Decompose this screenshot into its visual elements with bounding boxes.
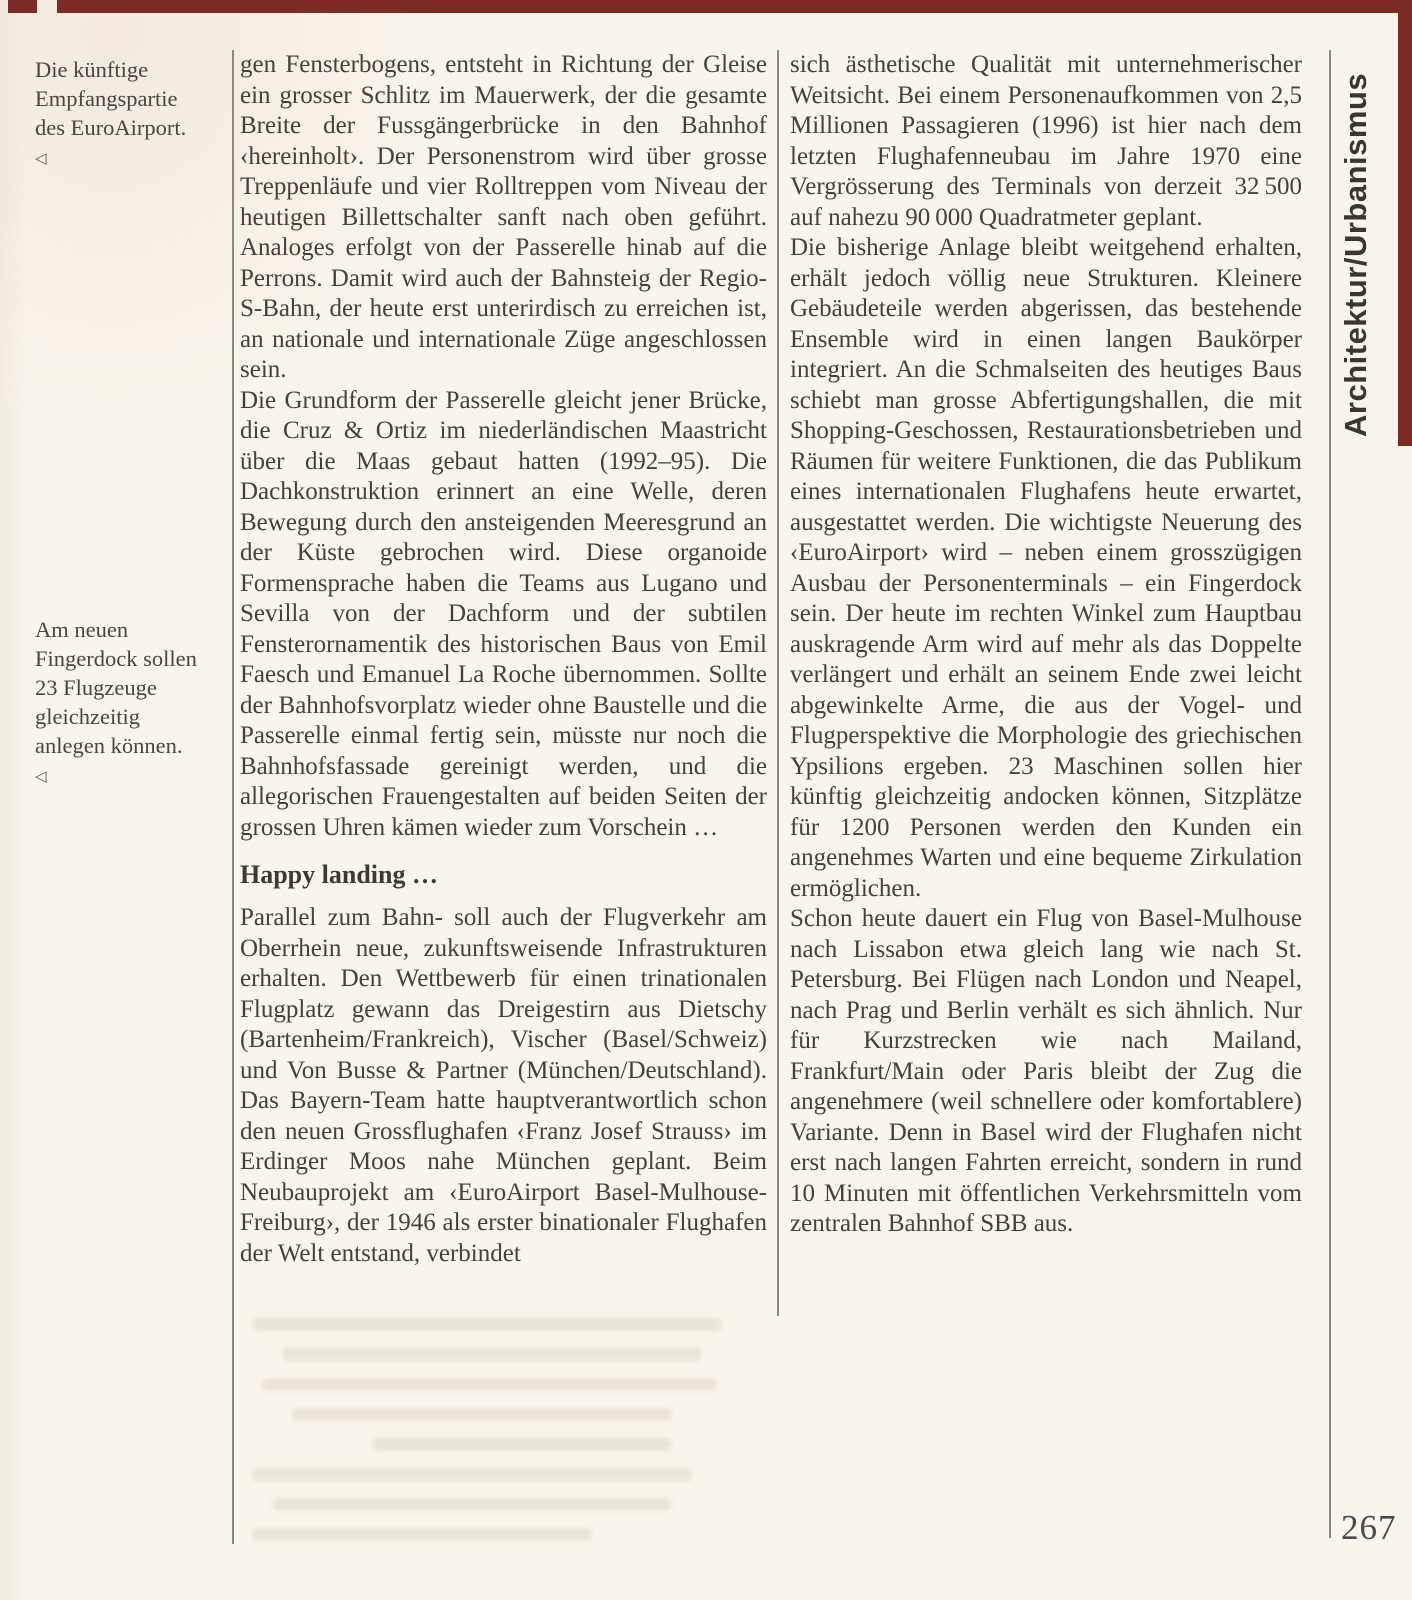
left-text-column: gen Fensterbogens, entsteht in Richtung … [240, 50, 767, 1269]
show-through-line [252, 1468, 692, 1481]
body-paragraph: Die Grundform der Passerelle gleicht jen… [240, 386, 767, 844]
page-number: 267 [1341, 1508, 1397, 1548]
section-heading: Happy landing … [240, 860, 767, 890]
right-red-bar [1398, 0, 1412, 446]
body-paragraph: gen Fensterbogens, entsteht in Richtung … [240, 50, 767, 386]
top-red-bar [57, 0, 1412, 13]
margin-note-reception: Die künftige Empfangspartie des EuroAirp… [35, 55, 213, 174]
caption-pointer-icon: ◁ [35, 763, 213, 792]
margin-note-fingerdock: Am neuen Fingerdock sollen 23 Flugzeuge … [35, 615, 213, 792]
margin-note-text: Am neuen Fingerdock sollen 23 Flugzeuge … [35, 617, 197, 758]
right-text-column: sich ästhetische Qualität mit unternehme… [790, 50, 1302, 1240]
show-through-text [252, 1318, 767, 1558]
show-through-line [252, 1318, 722, 1331]
show-through-line [372, 1438, 672, 1451]
sidebar-rule [1329, 50, 1331, 1538]
body-paragraph: Parallel zum Bahn- soll auch der Flugver… [240, 903, 767, 1269]
magazine-page: Die künftige Empfangspartie des EuroAirp… [0, 0, 1412, 1600]
show-through-line [272, 1498, 672, 1511]
body-paragraph: sich ästhetische Qualität mit unternehme… [790, 50, 1302, 233]
body-paragraph: Schon heute dauert ein Flug von Basel-Mu… [790, 904, 1302, 1240]
show-through-line [292, 1408, 672, 1421]
margin-note-text: Die künftige Empfangspartie des EuroAirp… [35, 57, 186, 140]
section-label-vertical: Architektur/Urbanismus [1338, 73, 1374, 437]
margin-column-rule [232, 50, 234, 1544]
top-left-red-bar [8, 0, 37, 13]
show-through-line [282, 1348, 702, 1361]
caption-pointer-icon: ◁ [35, 145, 213, 174]
show-through-line [252, 1528, 592, 1541]
column-divider-rule [777, 50, 779, 1316]
show-through-line [262, 1378, 717, 1391]
body-paragraph: Die bisherige Anlage bleibt weitgehend e… [790, 233, 1302, 904]
